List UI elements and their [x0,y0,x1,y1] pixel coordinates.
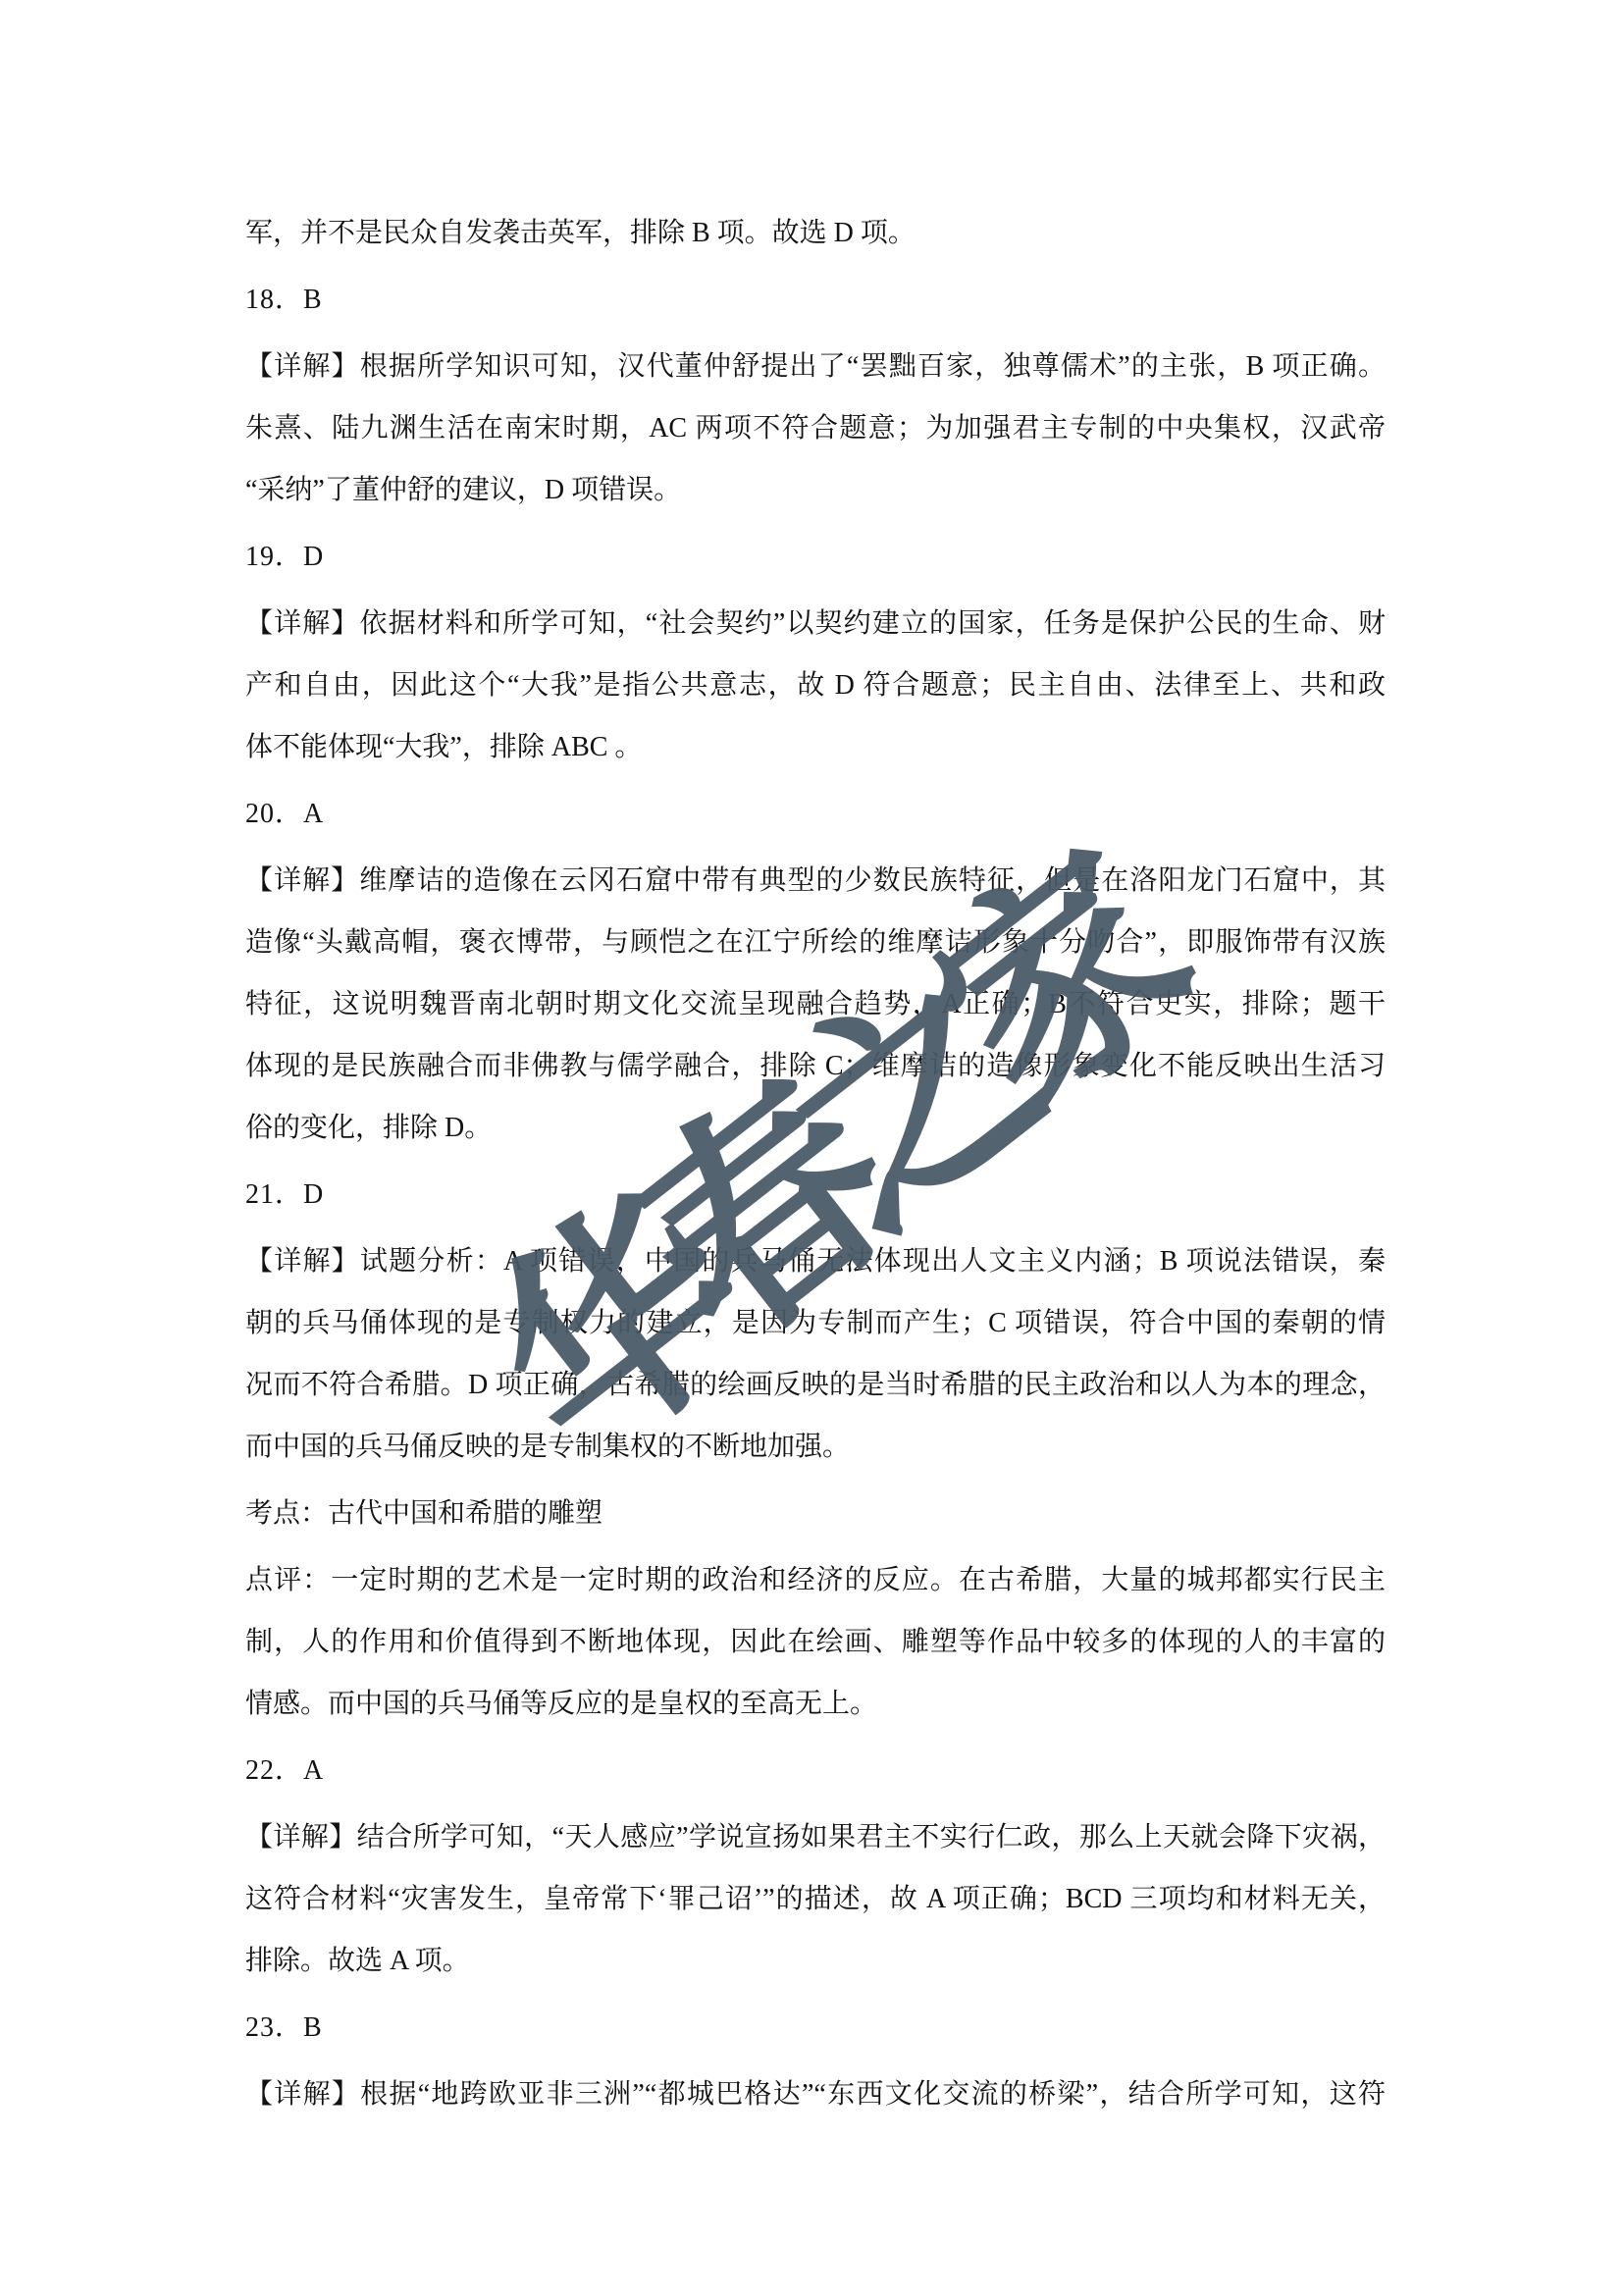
text-line: 21．D [245,1164,1386,1226]
text-line: 【详解】维摩诘的造像在云冈石窟中带有典型的少数民族特征，但是在洛阳龙门石窟中，其 [245,850,1386,912]
text-line: 【详解】根据“地跨欧亚非三洲”“都城巴格达”“东西文化交流的桥梁”，结合所学可知… [245,2063,1386,2125]
text-line: 俗的变化，排除 D。 [245,1097,1386,1159]
text-line: 点评：一定时期的艺术是一定时期的政治和经济的反应。在古希腊，大量的城邦都实行民主 [245,1549,1386,1611]
explanation-block: 【详解】维摩诘的造像在云冈石窟中带有典型的少数民族特征，但是在洛阳龙门石窟中，其… [245,850,1386,1159]
text-line: 18．B [245,269,1386,331]
text-line: 特征，这说明魏晋南北朝时期文化交流呈现融合趋势，A正确；B不符合史实，排除；题干 [245,973,1386,1035]
document-page: 军，并不是民众自发袭击英军，排除 B 项。故选 D 项。18．B【详解】根据所学… [0,0,1623,2296]
answer-number-block: 18．B [245,269,1386,331]
text-line: 制，人的作用和价值得到不断地体现，因此在绘画、雕塑等作品中较多的体现的人的丰富的 [245,1611,1386,1673]
text-line: 造像“头戴高帽，褒衣博带，与顾恺之在江宁所绘的维摩诘形象十分吻合”，即服饰带有汉… [245,912,1386,973]
text-line: 20．A [245,783,1386,845]
text-line: 19．D [245,526,1386,588]
explanation-block: 点评：一定时期的艺术是一定时期的政治和经济的反应。在古希腊，大量的城邦都实行民主… [245,1549,1386,1735]
text-line: 体现的是民族融合而非佛教与儒学融合，排除 C；维摩诘的造像形象变化不能反映出生活… [245,1035,1386,1097]
explanation-block: 【详解】试题分析：A 项错误，中国的兵马俑无法体现出人文主义内涵；B 项说法错误… [245,1230,1386,1478]
text-line: 情感。而中国的兵马俑等反应的是皇权的至高无上。 [245,1673,1386,1735]
explanation-block: 【详解】根据“地跨欧亚非三洲”“都城巴格达”“东西文化交流的桥梁”，结合所学可知… [245,2063,1386,2125]
explanation-block: 军，并不是民众自发袭击英军，排除 B 项。故选 D 项。 [245,202,1386,264]
text-line: 朝的兵马俑体现的是专制权力的建立，是因为专制而产生；C 项错误，符合中国的秦朝的… [245,1292,1386,1354]
text-line: 【详解】结合所学可知，“天人感应”学说宣扬如果君主不实行仁政，那么上天就会降下灾… [245,1806,1386,1868]
text-line: 【详解】根据所学知识可知，汉代董仲舒提出了“罢黜百家，独尊儒术”的主张，B 项正… [245,336,1386,397]
explanation-block: 【详解】根据所学知识可知，汉代董仲舒提出了“罢黜百家，独尊儒术”的主张，B 项正… [245,336,1386,521]
answer-number-block: 20．A [245,783,1386,845]
text-line: 况而不符合希腊。D 项正确，古希腊的绘画反映的是当时希腊的民主政治和以人为本的理… [245,1354,1386,1416]
text-line: 而中国的兵马俑反映的是专制集权的不断地加强。 [245,1416,1386,1478]
text-line: 22．A [245,1740,1386,1801]
answer-number-block: 22．A [245,1740,1386,1801]
text-line: 军，并不是民众自发袭击英军，排除 B 项。故选 D 项。 [245,202,1386,264]
text-line: 体不能体现“大我”，排除 ABC 。 [245,716,1386,778]
explanation-block: 【详解】依据材料和所学可知，“社会契约”以契约建立的国家，任务是保护公民的生命、… [245,593,1386,778]
explanation-block: 考点：古代中国和希腊的雕塑 [245,1483,1386,1544]
text-line: “采纳”了董仲舒的建议，D 项错误。 [245,459,1386,521]
answer-explanations-text: 军，并不是民众自发袭击英军，排除 B 项。故选 D 项。18．B【详解】根据所学… [245,202,1386,2125]
explanation-block: 【详解】结合所学可知，“天人感应”学说宣扬如果君主不实行仁政，那么上天就会降下灾… [245,1806,1386,1992]
answer-number-block: 23．B [245,1997,1386,2059]
text-line: 【详解】依据材料和所学可知，“社会契约”以契约建立的国家，任务是保护公民的生命、… [245,593,1386,654]
text-line: 排除。故选 A 项。 [245,1930,1386,1992]
answer-number-block: 21．D [245,1164,1386,1226]
text-line: 产和自由，因此这个“大我”是指公共意志，故 D 符合题意；民主自由、法律至上、共… [245,654,1386,716]
text-line: 这符合材料“灾害发生，皇帝常下‘罪己诏’”的描述，故 A 项正确；BCD 三项均… [245,1868,1386,1930]
text-line: 考点：古代中国和希腊的雕塑 [245,1483,1386,1544]
text-line: 23．B [245,1997,1386,2059]
text-line: 朱熹、陆九渊生活在南宋时期，AC 两项不符合题意；为加强君主专制的中央集权，汉武… [245,397,1386,459]
text-line: 【详解】试题分析：A 项错误，中国的兵马俑无法体现出人文主义内涵；B 项说法错误… [245,1230,1386,1292]
answer-number-block: 19．D [245,526,1386,588]
